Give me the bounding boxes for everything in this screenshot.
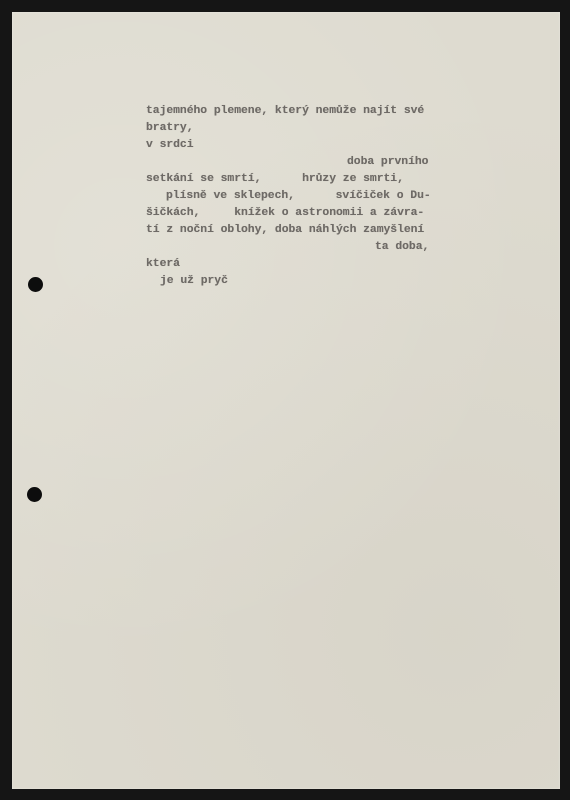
text-line-11: je už pryč xyxy=(160,274,228,288)
text-line-6: plísně ve sklepech, svíčiček o Du- xyxy=(166,189,431,203)
text-line-8: tí z noční oblohy, doba náhlých zamyšlen… xyxy=(146,223,424,237)
text-line-3: v srdci xyxy=(146,138,194,152)
paper-sheet xyxy=(12,12,560,789)
punch-hole-bottom xyxy=(27,487,42,502)
text-line-10: která xyxy=(146,257,180,271)
text-line-7: šičkách, knížek o astronomii a závra- xyxy=(146,206,424,220)
punch-hole-top xyxy=(28,277,43,292)
text-line-5: setkání se smrtí, hrůzy ze smrti, xyxy=(146,172,404,186)
text-line-4: doba prvního xyxy=(347,155,428,169)
text-line-2: bratry, xyxy=(146,121,194,135)
text-line-9: ta doba, xyxy=(375,240,429,254)
text-line-1: tajemného plemene, který nemůže najít sv… xyxy=(146,104,424,118)
scanned-page-background: tajemného plemene, který nemůže najít sv… xyxy=(0,0,570,800)
